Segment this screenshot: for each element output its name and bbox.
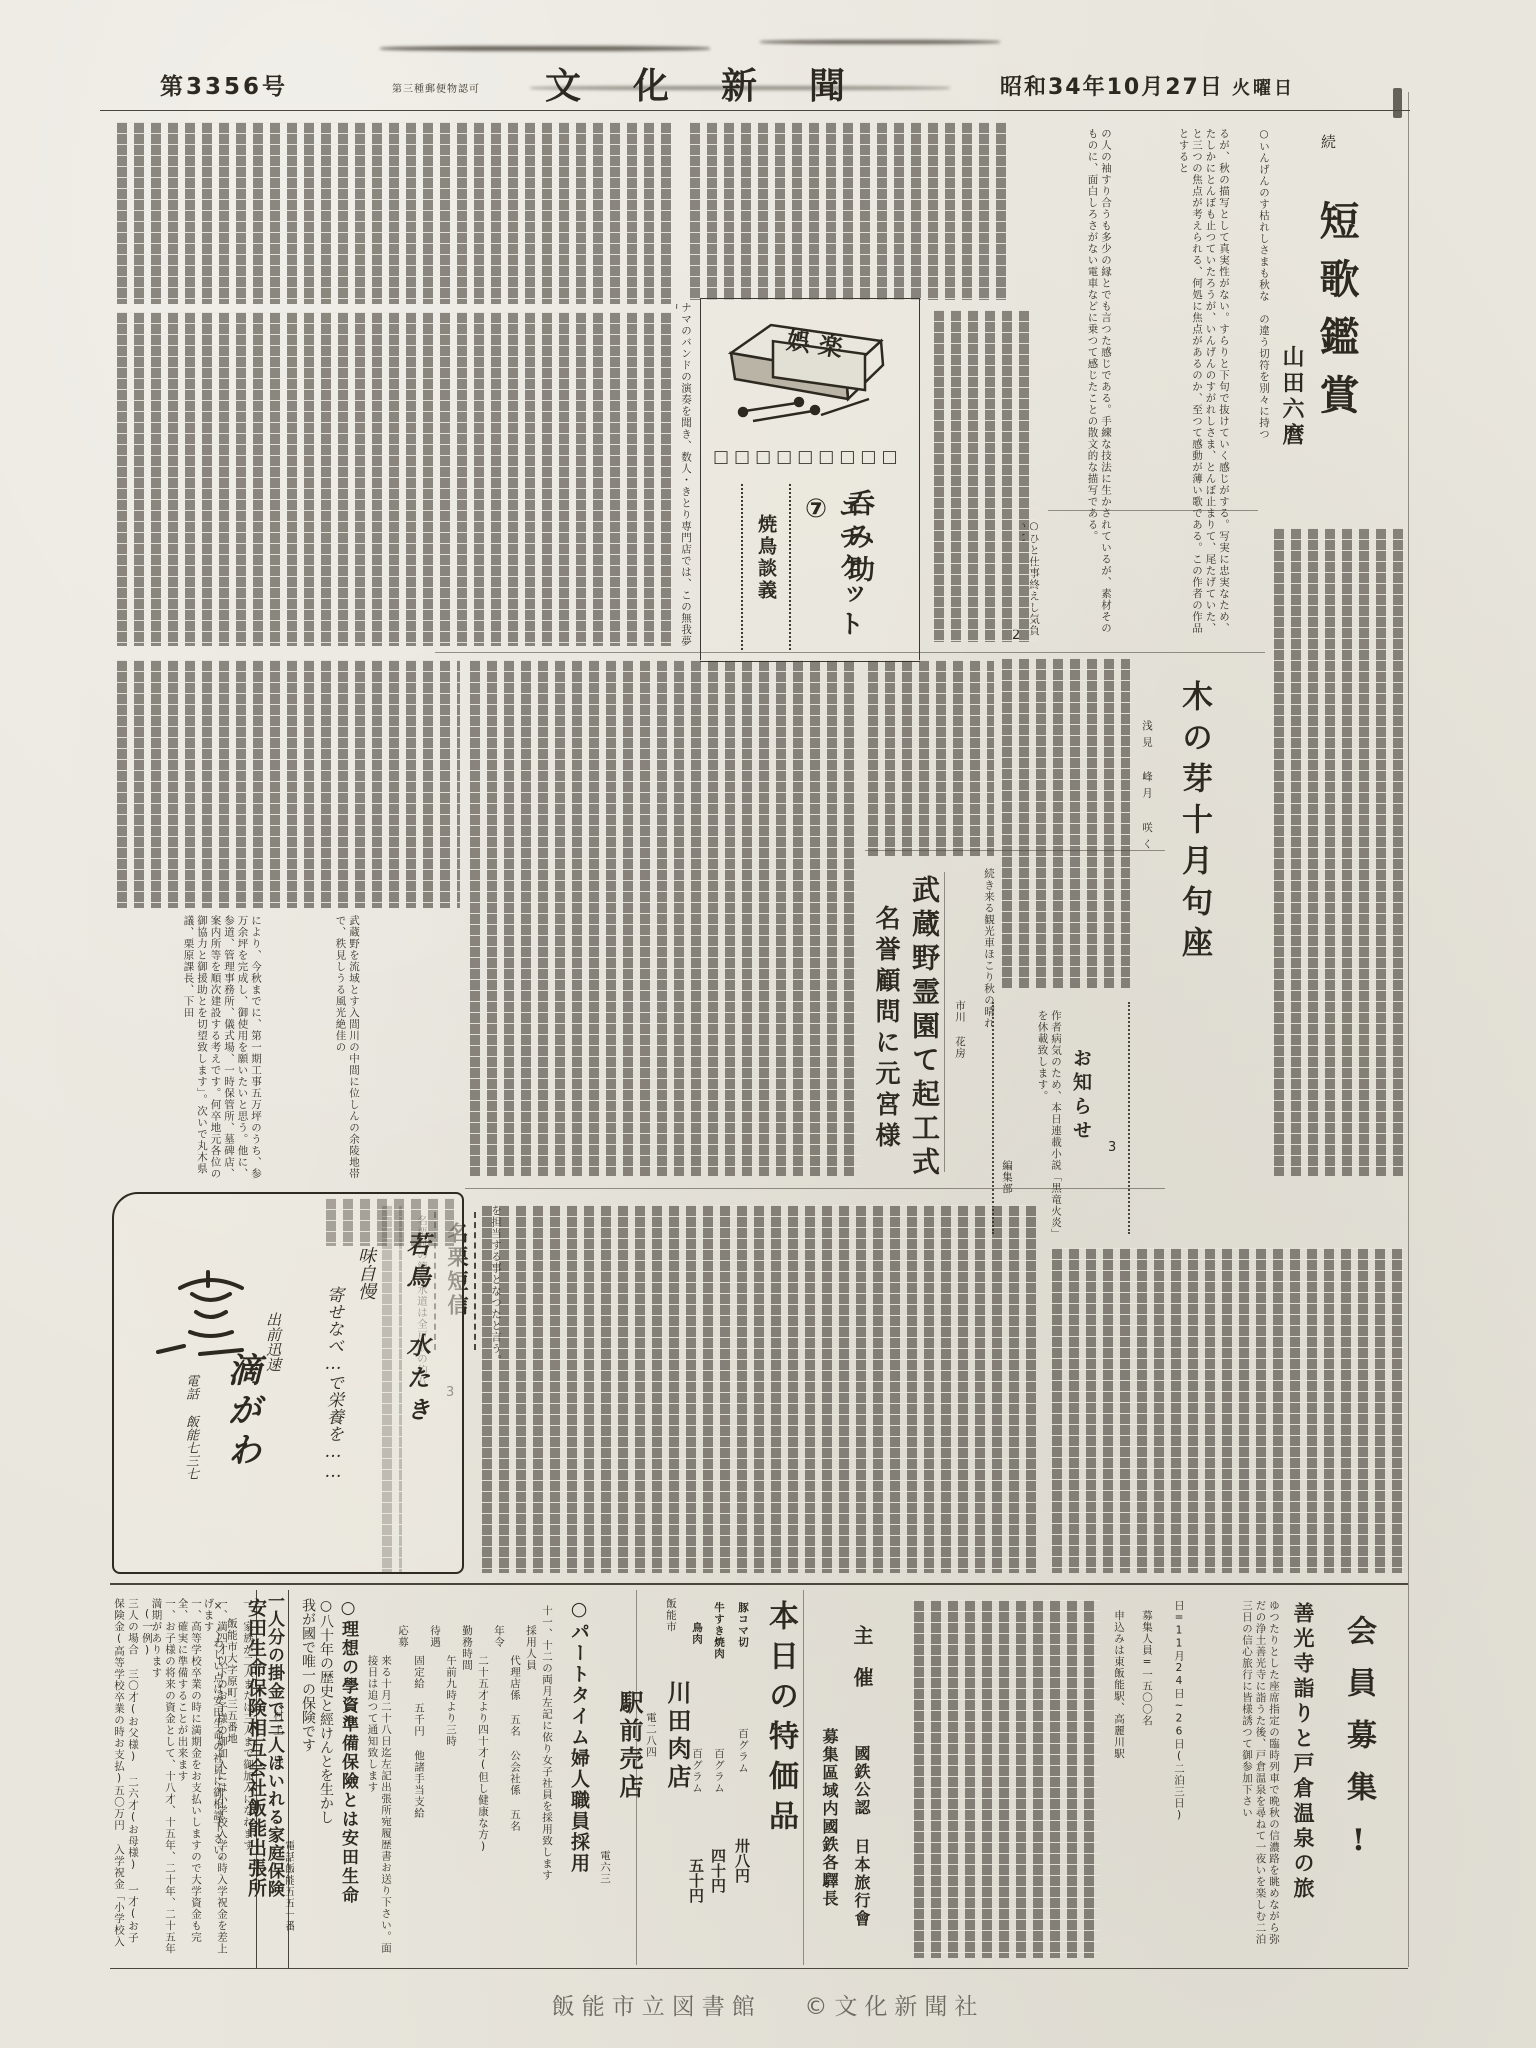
headline-rule bbox=[944, 872, 945, 1172]
yasuda-agent: 村上 昇 bbox=[271, 1710, 284, 1830]
notice-rule-right bbox=[1128, 1002, 1130, 1234]
recruit-row-4-label: 待遇 bbox=[428, 1625, 441, 1955]
yasuda-company: 安田生命保険相互会社飯能出張所 bbox=[243, 1598, 270, 1966]
travel-organizer-label: 主催 bbox=[848, 1625, 877, 1735]
body-text-columns bbox=[468, 660, 860, 1176]
ad-band-bottom-rule bbox=[110, 1968, 1408, 1969]
body-text-columns bbox=[480, 1205, 1036, 1573]
recruit-row-1-label: 採用人員 bbox=[524, 1625, 537, 1955]
travel-body: ゆつたりとした座席指定の臨時列車で晩秋の信濃路を眺めながら弥だの浄土善光寺に詣う… bbox=[1196, 1600, 1280, 1950]
body-text-columns bbox=[866, 660, 994, 856]
etiquette-title-line2: エチケット⑦ bbox=[801, 494, 868, 659]
recruit-row-2: 年令 bbox=[492, 1625, 505, 1955]
yasuda-slogan-3: 我が國で唯一の保険です bbox=[298, 1598, 318, 1898]
travel-schedule: 日=11月24日~26日(二泊三日) bbox=[1172, 1600, 1185, 1960]
body-text-columns bbox=[1000, 658, 1130, 988]
tanka-section-rule bbox=[1048, 510, 1258, 511]
footer-library: 飯能市立図書館 bbox=[552, 1994, 762, 2020]
musashino-headline: 武蔵野霊園て起工式 bbox=[904, 875, 944, 1187]
travel-details-columns bbox=[912, 1600, 1100, 1958]
travel-headline: 善光寺詣りと戸倉温泉の旅 bbox=[1288, 1602, 1318, 1932]
recruit-row-4-value: 固定給 五千円 他諸手当支給 bbox=[412, 1655, 425, 1955]
butcher-shop-branch: 駅前売店 bbox=[612, 1690, 647, 1960]
scan-smudge bbox=[380, 46, 710, 51]
body-text-columns bbox=[1050, 1248, 1404, 1573]
body-text-columns bbox=[115, 312, 677, 646]
travel-banner: 会員募集! bbox=[1336, 1615, 1380, 1905]
restaurant-name: 滴がわ bbox=[217, 1352, 266, 1552]
page-right-rule bbox=[1408, 92, 1409, 1967]
naguri-rule-right bbox=[474, 1212, 476, 1350]
notice-rule-left bbox=[992, 1002, 994, 1234]
header-rule bbox=[100, 110, 1410, 111]
travel-organizer-1: 國鉄公認 日本旅行會 bbox=[850, 1745, 873, 1960]
recruit-row-5-value: 来る十月二十八日迄左記出張所宛履歴書お送り下さい。面接日は追つて通知致します bbox=[362, 1655, 392, 1955]
butcher-item-1-name: 豚コマ切 bbox=[736, 1602, 749, 1722]
musashino-body-excerpt-2: により、今秋までに、第一期工事五万坪のうち、参万余坪を完成し、御使用を願いたいと… bbox=[126, 915, 262, 1183]
tanka-series-mark: 続 bbox=[1318, 134, 1339, 149]
family-ad-note: × くわしい点は安田生命の社員に御相談下さい。 bbox=[211, 1600, 224, 1960]
ad-divider bbox=[803, 1590, 804, 1965]
kinome-column-title: 木の芽十月句座 bbox=[1172, 680, 1217, 990]
yasuda-slogan-1: ○理想の學資準備保險とは安田生命 bbox=[336, 1598, 361, 1958]
yasuda-tel: 電話飯能五五一番 bbox=[283, 1840, 294, 1960]
butcher-tel-2: 電六三 bbox=[598, 1850, 611, 1930]
restaurant-ad-box: 若鳥 水たき 味自慢 寄せなべ…で栄養を…… 出前迅速 滴がわ 電話 飯能七三七 bbox=[112, 1192, 464, 1574]
musashino-subhead: 名誉顧問に元宮様 bbox=[868, 905, 904, 1195]
body-text-columns bbox=[115, 660, 460, 908]
etiquette-feature-box: 娯楽 □□□□□□□□□ 呑み助 エチケット⑦ 焼鳥談義 bbox=[700, 298, 920, 662]
family-ad-signature-area: × くわしい点は安田生命の社員に御相談下さい。 飯能市大字原町三五番地 安田生命… bbox=[116, 1590, 294, 1968]
squares-row: □□□□□□□□□ bbox=[713, 447, 903, 467]
recruit-row-3-label: 勤務時間 bbox=[460, 1625, 473, 1955]
footer-copyright: ©文化新聞社 bbox=[804, 1994, 984, 2020]
recruit-intro: 十一、十二の両月左記に依り女子社員を採用致します bbox=[540, 1605, 553, 1955]
section-rule bbox=[865, 850, 1165, 851]
tanka-poem-excerpt: ○いんげんのす枯れしさまも秋な の違う切符を別々に持つ bbox=[1238, 128, 1270, 648]
tanka-body-excerpt-1: るが、秋の描写として真実性がない。すらりと下句で抜けていく感じがする。写実に忠実… bbox=[1118, 128, 1230, 644]
kinome-byline: 浅見 峰月 咲く bbox=[1140, 720, 1153, 920]
notice-part-number: 3 bbox=[1108, 1140, 1116, 1155]
naguri-lead-in: を担当する事となつたと言う。 bbox=[482, 1205, 502, 1425]
body-text-columns bbox=[932, 310, 1036, 642]
etiquette-side-text: ナマのバンドの演奏を聞き、数人・きとり専門店では、この無我夢中 bbox=[676, 302, 692, 654]
recruit-row-2-value: 二十五才より四十才(但し健康な方) bbox=[476, 1655, 489, 1955]
musashino-body-excerpt-1: 武蔵野を流域とす入間川の中間に位しんの余陵地帯で、秩見しうる風光絶佳の bbox=[268, 915, 360, 1183]
body-text-columns bbox=[1272, 528, 1404, 1176]
issue-number: 第3356号 bbox=[160, 68, 288, 101]
butcher-item-1-unit: 百グラム bbox=[736, 1728, 749, 1818]
postal-permit: 第三種郵便物認可 bbox=[392, 80, 480, 95]
yasuda-address: 飯能市大字原町三五番地 bbox=[225, 1618, 238, 1958]
dotted-rule bbox=[789, 484, 791, 650]
tanka-author: 山田六麿 bbox=[1276, 345, 1307, 525]
butcher-city: 飯能市 bbox=[664, 1598, 677, 1658]
recruit-row-1-value: 代理店係 五名 公会社係 五名 bbox=[508, 1655, 521, 1955]
tanka-body-excerpt-2: の人の袖すり合うも多少の縁とでも言つた感じである。手練な技法に生かされているが、… bbox=[1048, 128, 1112, 644]
recruit-row-5-label: 応募 bbox=[396, 1625, 409, 1955]
section-rule bbox=[465, 1188, 1165, 1189]
weekday: 火曜日 bbox=[1232, 74, 1295, 100]
butcher-item-2-price: 四十円 bbox=[708, 1848, 729, 1948]
masthead-title: 文化新聞 bbox=[545, 58, 897, 109]
restaurant-line1: 味自慢 bbox=[352, 1246, 378, 1376]
butcher-item-2-unit: 百グラム bbox=[712, 1748, 725, 1838]
butcher-shop-name: 川田肉店 bbox=[660, 1680, 695, 1880]
footer-credit: 飯能市立図書館 ©文化新聞社 bbox=[0, 1988, 1536, 2021]
recruit-headline: ○パートタイム婦人職員採用 bbox=[566, 1598, 593, 1958]
body-text-columns bbox=[115, 122, 673, 304]
travel-organizer-2: 募集區域内國鉄各驛長 bbox=[818, 1728, 841, 1963]
scan-smudge bbox=[760, 40, 1000, 44]
notice-body: 作者病気のため、本日連載小説「黒竜火炎」を休載致します。 bbox=[1018, 1010, 1062, 1235]
edition-date: 昭和34年10月27日 bbox=[1000, 70, 1224, 101]
ad-band-top-rule bbox=[110, 1583, 1408, 1585]
restaurant-line2: 寄せなべ…で栄養を…… bbox=[321, 1286, 346, 1536]
ad-texture bbox=[324, 1198, 454, 1246]
section-rule bbox=[435, 652, 1265, 653]
recruit-row-3-value: 午前九時より三時 bbox=[444, 1655, 457, 1955]
dotted-rule bbox=[741, 484, 743, 650]
notice-title: お知らせ bbox=[1068, 1048, 1095, 1208]
restaurant-tel: 電話 飯能七三七 bbox=[181, 1374, 200, 1554]
body-text-columns bbox=[688, 122, 1010, 300]
etiquette-subtitle: 焼鳥談義 bbox=[753, 514, 780, 644]
travel-detail-2: 申込みは東飯能駅、高麗川駅 bbox=[1112, 1610, 1125, 1950]
musashino-haiku-author: 市川 花房 bbox=[953, 1000, 966, 1110]
yasuda-slogan-2: ○八十年の歴史と經けんとを生かし bbox=[316, 1598, 336, 1958]
travel-detail-1: 募集人員=一五〇〇名 bbox=[1140, 1610, 1153, 1950]
butcher-item-2-name: 牛すき焼肉 bbox=[712, 1602, 725, 1742]
butcher-title: 本日の特価品 bbox=[758, 1600, 802, 1920]
restaurant-line3: 出前迅速 bbox=[263, 1312, 284, 1432]
butcher-item-1-price: 卅八円 bbox=[732, 1838, 753, 1948]
restaurant-product: 若鳥 水たき bbox=[399, 1232, 434, 1532]
scan-ink-mark bbox=[1393, 88, 1402, 118]
